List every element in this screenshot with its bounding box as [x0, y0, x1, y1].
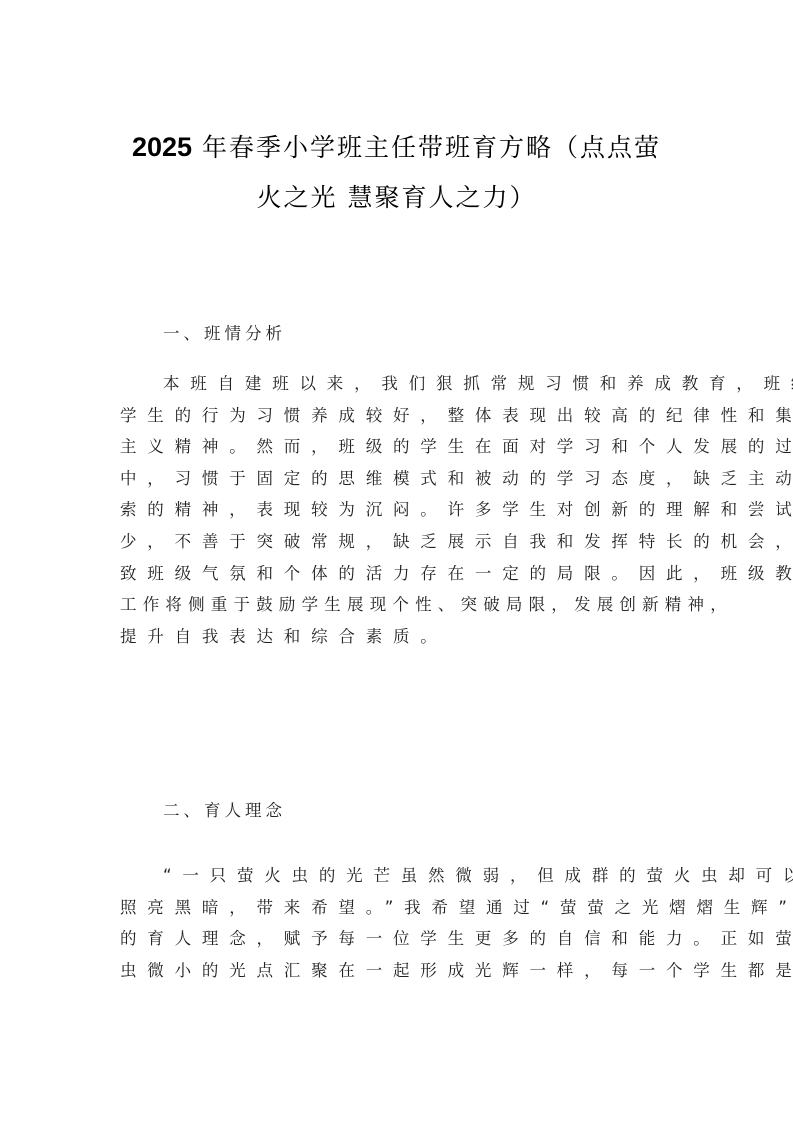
paragraph-line: 工作将侧重于鼓励学生展现个性、突破局限，发展创新精神，: [120, 589, 680, 621]
paragraph-line: 虫微小的光点汇聚在一起形成光辉一样，每一个学生都是一: [120, 955, 680, 987]
paragraph-line: 学生的行为习惯养成较好，整体表现出较高的纪律性和集体: [120, 400, 680, 432]
paragraph-line: 的育人理念，赋予每一位学生更多的自信和能力。正如萤火: [120, 923, 680, 955]
paragraph-class-analysis: 本班自建班以来，我们狠抓常规习惯和养成教育，班级 学生的行为习惯养成较好，整体表…: [120, 368, 680, 652]
document-page: 2025 年春季小学班主任带班育方略（点点萤 火之光 慧聚育人之力） 一、班情分…: [0, 0, 793, 1122]
document-title: 2025 年春季小学班主任带班育方略（点点萤 火之光 慧聚育人之力）: [100, 122, 693, 223]
paragraph-line: 少，不善于突破常规，缺乏展示自我和发挥特长的机会，导: [120, 526, 680, 558]
title-year: 2025: [132, 132, 192, 162]
paragraph-line: 主义精神。然而，班级的学生在面对学习和个人发展的过程: [120, 431, 680, 463]
paragraph-line: 提升自我表达和综合素质。: [120, 621, 680, 653]
paragraph-line: 照亮黑暗，带来希望。”我希望通过“萤萤之光熠熠生辉”: [120, 892, 680, 924]
section-heading-class-analysis: 一、班情分析: [163, 320, 286, 344]
paragraph-line: 致班级气氛和个体的活力存在一定的局限。因此，班级教育: [120, 558, 680, 590]
section-heading-educational-philosophy: 二、育人理念: [163, 797, 286, 821]
paragraph-line: 中，习惯于固定的思维模式和被动的学习态度，缺乏主动探: [120, 463, 680, 495]
paragraph-line: 本班自建班以来，我们狠抓常规习惯和养成教育，班级: [120, 368, 680, 400]
title-line-2: 火之光 慧聚育人之力）: [100, 173, 693, 223]
title-line-1: 2025 年春季小学班主任带班育方略（点点萤: [100, 122, 693, 173]
title-line-1-text: 年春季小学班主任带班育方略（点点萤: [192, 133, 661, 162]
paragraph-educational-philosophy: “一只萤火虫的光芒虽然微弱，但成群的萤火虫却可以 照亮黑暗，带来希望。”我希望通…: [120, 860, 680, 986]
paragraph-line: “一只萤火虫的光芒虽然微弱，但成群的萤火虫却可以: [120, 860, 680, 892]
paragraph-line: 索的精神，表现较为沉闷。许多学生对创新的理解和尝试较: [120, 494, 680, 526]
